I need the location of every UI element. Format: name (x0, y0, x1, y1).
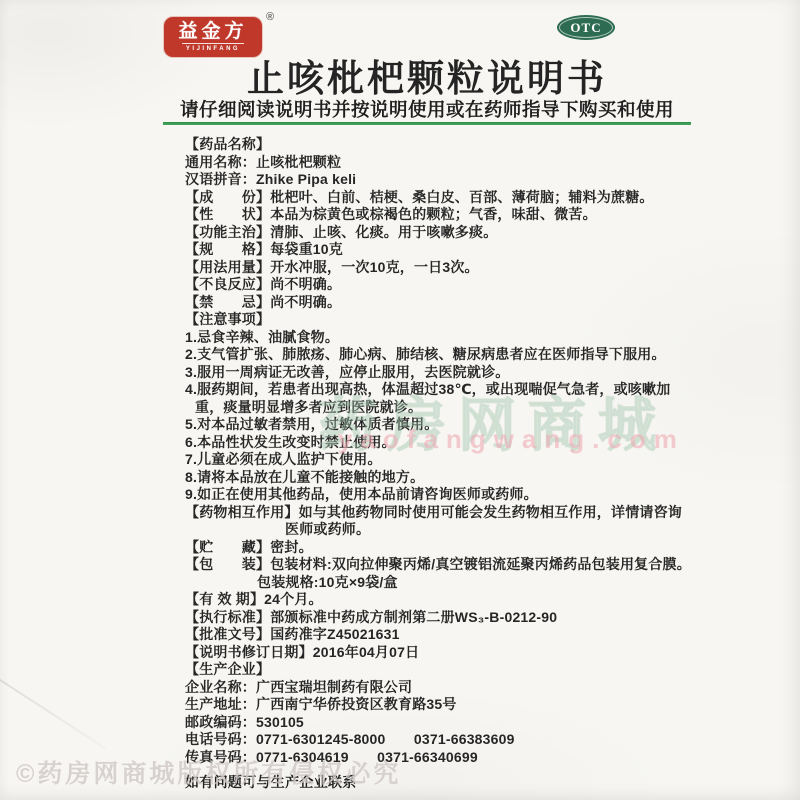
body-line: 生产地址：广西南宁华侨投资区教育路35号 (185, 696, 663, 714)
body-line: 【用法用量】开水冲服，一次10克，一日3次。 (185, 259, 663, 277)
contact-note: 如有问题可与生产企业联系 (185, 772, 357, 792)
body-line: 【规 格】每袋重10克 (185, 241, 663, 259)
paper-crease (0, 677, 106, 749)
body-line: 包装规格:10克×9袋/盒 (185, 574, 663, 592)
body-line: 【药品名称】 (185, 136, 663, 154)
usage-warning-subtitle: 请仔细阅读说明书并按说明使用或在药师指导下购买和使用 (150, 96, 704, 122)
body-line: 电话号码：0771-6301245-8000 0371-66383609 (185, 731, 663, 749)
brand-logo-text: 益金方 (178, 21, 247, 43)
body-line: 【注意事项】 (185, 311, 663, 329)
body-line: 3.服用一周病证无改善，应停止服用，去医院就诊。 (185, 364, 663, 382)
leaflet-page: 益金方 YIJINFANG ® OTC 止咳枇杷颗粒说明书 请仔细阅读说明书并按… (0, 0, 800, 800)
body-line: 【说明书修订日期】2016年04月07日 (185, 644, 663, 662)
registered-trademark-icon: ® (266, 11, 274, 23)
body-line: 8.请将本品放在儿童不能接触的地方。 (185, 469, 663, 487)
page-title: 止咳枇杷颗粒说明书 (163, 48, 691, 102)
body-line: 5.对本品过敏者禁用，过敏体质者慎用。 (185, 416, 663, 434)
divider-rule (163, 122, 691, 125)
body-line: 7.儿童必须在成人监护下使用。 (185, 451, 663, 469)
body-line: 9.如正在使用其他药品，使用本品前请咨询医师或药师。 (185, 486, 663, 504)
body-line: 汉语拼音：Zhike Pipa keli (185, 171, 663, 189)
body-line: 6.本品性状发生改变时禁止使用。 (185, 434, 663, 452)
otc-badge: OTC (557, 15, 615, 40)
body-line: 【药物相互作用】如与其他药物同时使用可能会发生药物相互作用，详情请咨询 (185, 504, 663, 522)
body-line: 【贮 藏】密封。 (185, 539, 663, 557)
body-line: 传真号码：0771-6304619 0371-66340699 (185, 749, 663, 767)
body-line: 2.支气管扩张、肺脓疡、肺心病、肺结核、糖尿病患者应在医师指导下服用。 (185, 346, 663, 364)
body-line: 医师或药师。 (185, 521, 663, 539)
otc-badge-label: OTC (570, 20, 601, 36)
body-line: 【成 份】枇杷叶、白前、桔梗、桑白皮、百部、薄荷脑；辅料为蔗糖。 (185, 189, 663, 207)
body-line: 重，痰量明显增多者应到医院就诊。 (185, 399, 663, 417)
body-line: 企业名称：广西宝瑞坦制药有限公司 (185, 679, 663, 697)
body-line: 邮政编码：530105 (185, 714, 663, 732)
body-line: 【不良反应】尚不明确。 (185, 276, 663, 294)
body-line: 1.忌食辛辣、油腻食物。 (185, 329, 663, 347)
body-line: 【批准文号】国药准字Z45021631 (185, 626, 663, 644)
body-line: 【性 状】本品为棕黄色或棕褐色的颗粒；气香，味甜、微苦。 (185, 206, 663, 224)
document-body: 【药品名称】通用名称：止咳枇杷颗粒汉语拼音：Zhike Pipa keli【成 … (185, 136, 663, 766)
body-line: 【执行标准】部颁标准中药成方制剂第二册WS₃-B-0212-90 (185, 609, 663, 627)
body-line: 通用名称：止咳枇杷颗粒 (185, 154, 663, 172)
body-line: 【包 装】包装材料:双向拉伸聚丙烯/真空镀铝流延聚丙烯药品包装用复合膜。 (185, 556, 663, 574)
body-line: 【有 效 期】24个月。 (185, 591, 663, 609)
body-line: 4.服药期间，若患者出现高热，体温超过38℃，或出现喘促气急者，或咳嗽加 (185, 381, 663, 399)
body-line: 【禁 忌】尚不明确。 (185, 294, 663, 312)
body-line: 【功能主治】清肺、止咳、化痰。用于咳嗽多痰。 (185, 224, 663, 242)
body-line: 【生产企业】 (185, 661, 663, 679)
